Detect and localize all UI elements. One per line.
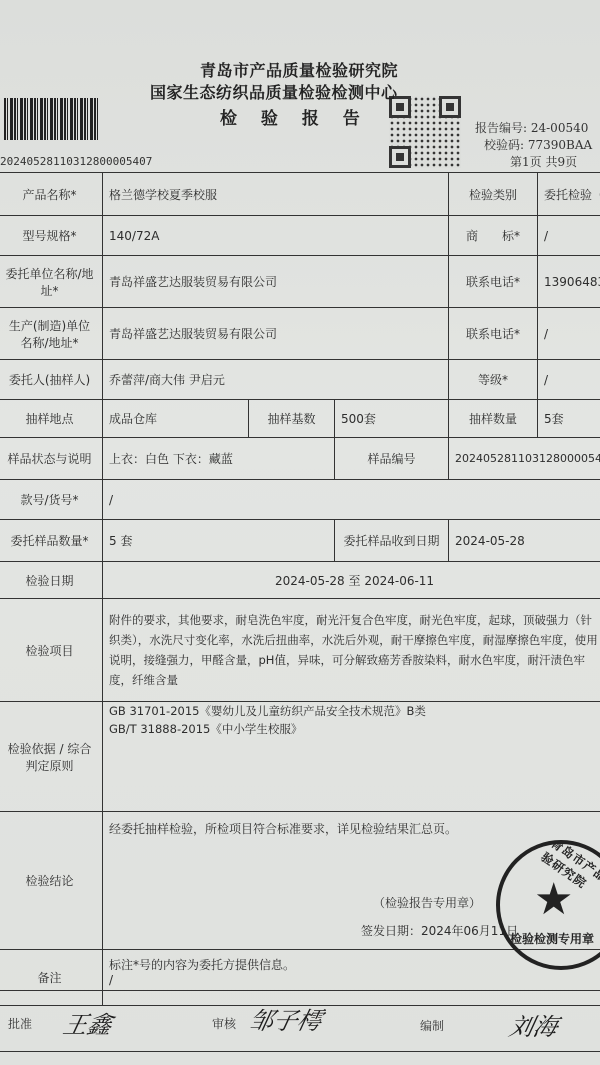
review-signature: 邹子樗: [246, 1001, 325, 1036]
inspection-items-value: 附件的要求，其他要求，耐皂洗色牢度，耐光汗复合色牢度，耐光色牢度，起球，顶破强力…: [103, 599, 600, 702]
inspection-date-value: 2024-05-28 至 2024-06-11: [103, 562, 600, 599]
star-icon: ★: [534, 878, 573, 922]
client-person-value: 乔蕾萍/商大伟 尹启元: [103, 360, 449, 400]
style-number-value: /: [103, 480, 600, 520]
table-row: 检验依据 / 综合判定原则 GB 31701-2015《婴幼儿及儿童纺织产品安全…: [0, 702, 600, 812]
field-label: 抽样地点: [0, 400, 103, 438]
field-label: 委托单位名称/地址*: [0, 256, 103, 308]
sample-status-value: 上衣：白色 下衣：藏蓝: [103, 438, 335, 480]
trademark-value: /: [538, 216, 600, 256]
field-label: 委托样品数量*: [0, 520, 103, 562]
compile-signature: 刘海: [506, 1007, 561, 1042]
signature-row: 批准 王鑫 审核 邹子樗 编制 刘海: [0, 990, 600, 1052]
page-indicator: 第1页 共9页: [510, 153, 577, 170]
qr-finder-icon: [389, 96, 411, 118]
sample-number-value: 20240528110312800005407: [449, 438, 600, 480]
field-label: 抽样基数: [249, 400, 335, 438]
qr-finder-icon: [439, 96, 461, 118]
barcode-number: 20240528110312800005407: [0, 155, 152, 168]
client-phone-value: 13906483333: [538, 256, 600, 308]
field-label: 联系电话*: [449, 256, 538, 308]
table-row: 产品名称* 格兰德学校夏季校服 检验类别 委托检验（抽样）: [0, 173, 600, 216]
field-label: 产品名称*: [0, 173, 103, 216]
compile-label: 编制: [420, 1017, 444, 1034]
report-page: 青岛市产品质量检验研究院 国家生态纺织品质量检验检测中心 检 验 报 告 202…: [0, 0, 600, 1065]
qr-code-icon: [389, 96, 461, 168]
field-label: 检验日期: [0, 562, 103, 599]
table-row: 生产(制造)单位名称/地址* 青岛祥盛艺达服装贸易有限公司 联系电话* /: [0, 308, 600, 360]
field-label: 联系电话*: [449, 308, 538, 360]
seal-bottom-text: 检验检测专用章: [510, 930, 594, 947]
received-date-value: 2024-05-28: [449, 520, 600, 562]
sampling-place-value: 成品仓库: [103, 400, 249, 438]
review-label: 审核: [212, 1015, 236, 1032]
table-row: 检验项目 附件的要求，其他要求，耐皂洗色牢度，耐光汗复合色牢度，耐光色牢度，起球…: [0, 599, 600, 702]
manufacturer-value: 青岛祥盛艺达服装贸易有限公司: [103, 308, 449, 360]
conclusion-text: 经委托抽样检验，所检项目符合标准要求，详见检验结果汇总页。: [109, 820, 600, 837]
field-label: 检验结论: [0, 812, 103, 950]
field-label: 检验项目: [0, 599, 103, 702]
report-title: 检 验 报 告: [220, 104, 369, 129]
qr-finder-icon: [389, 146, 411, 168]
field-label: 等级*: [449, 360, 538, 400]
center-name: 国家生态纺织品质量检验检测中心: [150, 80, 398, 103]
inspection-basis-value: GB 31701-2015《婴幼儿及儿童纺织产品安全技术规范》B类 GB/T 3…: [103, 702, 600, 812]
sampling-base-value: 500套: [335, 400, 449, 438]
table-row: 型号规格* 140/72A 商 标* /: [0, 216, 600, 256]
field-label: 委托样品收到日期: [335, 520, 449, 562]
client-value: 青岛祥盛艺达服装贸易有限公司: [103, 256, 449, 308]
report-number: 报告编号: 24-00540: [475, 119, 588, 136]
field-label: 商 标*: [449, 216, 538, 256]
sample-count-value: 5 套: [103, 520, 335, 562]
field-label: 检验依据 / 综合判定原则: [0, 702, 103, 812]
table-row: 委托样品数量* 5 套 委托样品收到日期 2024-05-28: [0, 520, 600, 562]
field-label: 样品编号: [335, 438, 449, 480]
check-code: 校验码: 77390BAA: [484, 136, 592, 153]
approve-signature: 王鑫: [60, 1005, 115, 1040]
field-label: 款号/货号*: [0, 480, 103, 520]
grade-value: /: [538, 360, 600, 400]
remarks-line-2: /: [109, 973, 600, 987]
table-row: 委托单位名称/地址* 青岛祥盛艺达服装贸易有限公司 联系电话* 13906483…: [0, 256, 600, 308]
basis-line-1: GB 31701-2015《婴幼儿及儿童纺织产品安全技术规范》B类: [109, 702, 600, 720]
field-label: 委托人(抽样人): [0, 360, 103, 400]
field-label: 生产(制造)单位名称/地址*: [0, 308, 103, 360]
approve-label: 批准: [8, 1015, 32, 1032]
institute-name: 青岛市产品质量检验研究院: [200, 58, 398, 81]
basis-line-2: GB/T 31888-2015《中小学生校服》: [109, 720, 600, 738]
product-name-value: 格兰德学校夏季校服: [103, 173, 449, 216]
table-row: 委托人(抽样人) 乔蕾萍/商大伟 尹启元 等级* /: [0, 360, 600, 400]
issue-date: 签发日期：2024年06月11日: [361, 922, 518, 939]
manufacturer-phone-value: /: [538, 308, 600, 360]
field-label: 检验类别: [449, 173, 538, 216]
table-row: 样品状态与说明 上衣：白色 下衣：藏蓝 样品编号 202405281103128…: [0, 438, 600, 480]
table-row: 检验日期 2024-05-28 至 2024-06-11: [0, 562, 600, 599]
inspection-type-value: 委托检验（抽样）: [538, 173, 600, 216]
stamp-label: （检验报告专用章）: [373, 894, 481, 911]
model-spec-value: 140/72A: [103, 216, 449, 256]
table-row: 款号/货号* /: [0, 480, 600, 520]
field-label: 型号规格*: [0, 216, 103, 256]
field-label: 样品状态与说明: [0, 438, 103, 480]
sampling-qty-value: 5套: [538, 400, 600, 438]
table-row: 抽样地点 成品仓库 抽样基数 500套 抽样数量 5套: [0, 400, 600, 438]
barcode-image: [4, 98, 100, 140]
field-label: 抽样数量: [449, 400, 538, 438]
